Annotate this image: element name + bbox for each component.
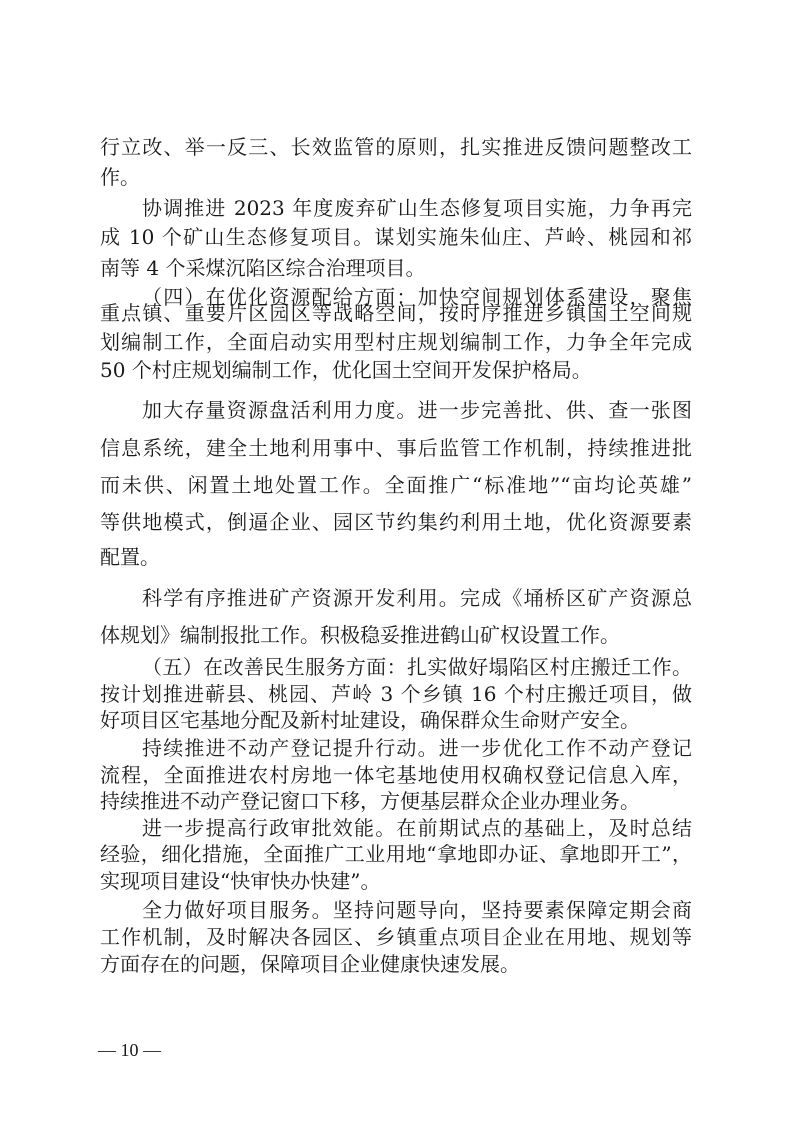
page-number: — 10 — bbox=[98, 1040, 161, 1061]
text-line: 工作机制，及时解决各园区、乡镇重点项目企业在用地、规划等 bbox=[100, 924, 692, 950]
text-line: 配置。 bbox=[100, 544, 692, 570]
text-line: 持续推进不动产登记提升行动。进一步优化工作不动产登记 bbox=[142, 735, 692, 761]
text-line: 重点镇、重要片区园区等战略空间，按时序推进乡镇国土空间规 bbox=[100, 300, 692, 326]
text-line: 方面存在的问题，保障项目企业健康快速发展。 bbox=[100, 951, 692, 977]
text-line: 信息系统，建全土地利用事中、事后监管工作机制，持续推进批 bbox=[100, 435, 692, 461]
text-line: 等供地模式，倒逼企业、园区节约集约利用土地，优化资源要素 bbox=[100, 509, 692, 535]
text-line: 经验，细化措施，全面推广工业用地“拿地即办证、拿地即开工”， bbox=[100, 841, 692, 867]
text-line: 作。 bbox=[100, 164, 692, 190]
text-line: 好项目区宅基地分配及新村址建设，确保群众生命财产安全。 bbox=[100, 707, 692, 733]
text-line: 实现项目建设“快审快办快建”。 bbox=[100, 868, 692, 894]
text-line: 科学有序推进矿产资源开发利用。完成《埇桥区矿产资源总 bbox=[142, 585, 692, 611]
text-line: 协调推进 2023 年度废弃矿山生态修复项目实施，力争再完 bbox=[142, 195, 692, 221]
text-line: 全力做好项目服务。坚持问题导向，坚持要素保障定期会商 bbox=[142, 897, 692, 923]
text-line: 持续推进不动产登记窗口下移，方便基层群众企业办理业务。 bbox=[100, 788, 692, 814]
text-line: （五）在改善民生服务方面：扎实做好塌陷区村庄搬迁工作。 bbox=[142, 654, 692, 680]
text-line: 按计划推进蕲县、桃园、芦岭 3 个乡镇 16 个村庄搬迁项目，做 bbox=[100, 681, 692, 707]
text-line: 50 个村庄规划编制工作，优化国土空间开发保护格局。 bbox=[100, 357, 692, 383]
text-line: 加大存量资源盘活利用力度。进一步完善批、供、查一张图 bbox=[142, 397, 692, 423]
document-page: 行立改、举一反三、长效监管的原则，扎实推进反馈问题整改工作。协调推进 2023 … bbox=[0, 0, 793, 1122]
text-line: 进一步提高行政审批效能。在前期试点的基础上，及时总结 bbox=[142, 815, 692, 841]
text-line: 而未供、闲置土地处置工作。全面推广“标准地”“亩均论英雄” bbox=[100, 472, 692, 498]
text-line: 南等 4 个采煤沉陷区综合治理项目。 bbox=[100, 255, 692, 281]
text-line: 体规划》编制报批工作。积极稳妥推进鹤山矿权设置工作。 bbox=[100, 622, 692, 648]
text-line: 划编制工作，全面启动实用型村庄规划编制工作，力争全年完成 bbox=[100, 329, 692, 355]
text-line: 成 10 个矿山生态修复项目。谋划实施朱仙庄、芦岭、桃园和祁 bbox=[100, 224, 692, 250]
text-line: 流程，全面推进农村房地一体宅基地使用权确权登记信息入库， bbox=[100, 762, 692, 788]
text-line: 行立改、举一反三、长效监管的原则，扎实推进反馈问题整改工 bbox=[100, 134, 692, 160]
